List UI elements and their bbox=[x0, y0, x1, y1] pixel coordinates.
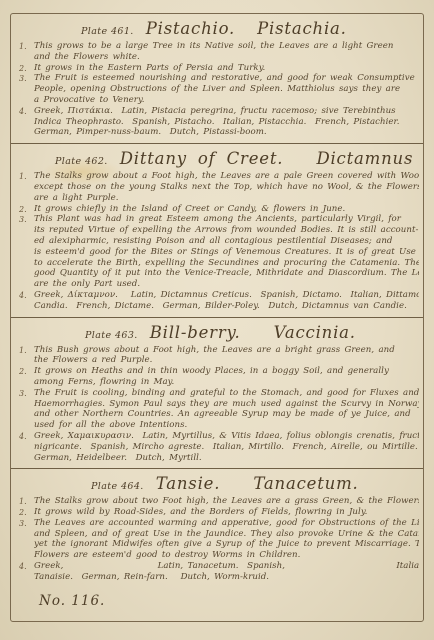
text-line: Greek, Χαμαικυρασιν. Latin, Myrtillus, &… bbox=[34, 431, 419, 442]
text-line: Indica Theophrasto. Spanish, Pistacho. I… bbox=[34, 117, 419, 128]
text-line: and the Flowers white. bbox=[34, 52, 419, 63]
plate-section-pistachio: Plate 461. Pistachio. Pistachia. 1. This… bbox=[11, 14, 423, 143]
text-line: The Fruit is esteemed nourishing and res… bbox=[34, 73, 419, 84]
item-text: The Stalks grow about two Foot high, the… bbox=[34, 496, 419, 507]
section-title: Tansie. Tanacetum. bbox=[156, 474, 359, 493]
text-line: German, Pimper-nuss-baum. Dutch, Pistass… bbox=[34, 127, 419, 138]
numbered-item: 1. This grows to be a large Tree in its … bbox=[19, 41, 419, 63]
numbered-item: 1. The Stalks grow about a Foot high, th… bbox=[19, 171, 419, 203]
text-line: Greek, Latin, Tanacetum. Spanish, Italia… bbox=[34, 561, 419, 572]
item-number: 4. bbox=[19, 290, 34, 300]
text-line: The Stalks grow about two Foot high, the… bbox=[34, 496, 419, 507]
item-text: Greek, Latin, Tanacetum. Spanish, Italia… bbox=[34, 561, 419, 583]
item-number: 2. bbox=[19, 507, 34, 517]
item-number: 1. bbox=[19, 496, 34, 506]
text-line: It grows on Heaths and in thin woody Pla… bbox=[34, 366, 419, 377]
text-line: and other Northern Countries. An agreeab… bbox=[34, 409, 419, 420]
plate-number-label: Plate 462. bbox=[55, 156, 108, 167]
section-heading: Plate 463. Bill-berry. Vaccinia. bbox=[85, 323, 419, 342]
section-heading: Plate 464. Tansie. Tanacetum. bbox=[91, 474, 419, 493]
item-number: 3. bbox=[19, 388, 34, 398]
plate-section-tansie: Plate 464. Tansie. Tanacetum. 1. The Sta… bbox=[11, 468, 423, 613]
item-number: 2. bbox=[19, 366, 34, 376]
numbered-item: 3. This Plant was had in great Esteem am… bbox=[19, 214, 419, 290]
text-line: Tanaisie. German, Rein-farn. Dutch, Worm… bbox=[34, 572, 419, 583]
plate-number-label: Plate 461. bbox=[81, 26, 134, 37]
item-text: It grows chiefly in the Island of Creet … bbox=[34, 204, 419, 215]
text-line: It grows wild by Road-Sides, and the Bor… bbox=[34, 507, 419, 518]
text-line: Greek, Πιστάκια. Latin, Pistacia peregri… bbox=[34, 106, 419, 117]
text-line: This Plant was had in great Esteem among… bbox=[34, 214, 419, 225]
numbered-item: 4. Greek, Χαμαικυρασιν. Latin, Myrtillus… bbox=[19, 431, 419, 463]
numbered-item: 1. The Stalks grow about two Foot high, … bbox=[19, 496, 419, 507]
text-line: among Ferns, flowring in May. bbox=[34, 377, 419, 388]
item-text: This grows to be a large Tree in its Nat… bbox=[34, 41, 419, 63]
text-line: German, Heidelbeer. Dutch, Myrtill. bbox=[34, 453, 419, 464]
section-heading: Plate 461. Pistachio. Pistachia. bbox=[81, 19, 419, 38]
text-line: to accelerate the Birth, expelling the S… bbox=[34, 258, 419, 269]
numbered-item: 3. The Fruit is cooling, binding and gra… bbox=[19, 388, 419, 431]
text-line: Greek, Δίκταμνον. Latin, Dictamnus Creti… bbox=[34, 290, 419, 301]
item-number: 4. bbox=[19, 431, 34, 441]
numbered-item: 3. The Fruit is esteemed nourishing and … bbox=[19, 73, 419, 105]
text-line: are the only Part used. bbox=[34, 279, 419, 290]
numbered-item: 2. It grows wild by Road-Sides, and the … bbox=[19, 507, 419, 518]
item-text: Greek, Χαμαικυρασιν. Latin, Myrtillus, &… bbox=[34, 431, 419, 463]
text-line: is esteem'd good for the Bites or Stings… bbox=[34, 247, 419, 258]
item-text: The Stalks grow about a Foot high, the L… bbox=[34, 171, 419, 203]
text-line: It grows chiefly in the Island of Creet … bbox=[34, 204, 419, 215]
item-text: It grows wild by Road-Sides, and the Bor… bbox=[34, 507, 419, 518]
numbered-item: 4. Greek, Latin, Tanacetum. Spanish, Ita… bbox=[19, 561, 419, 583]
text-line: and Spleen, and of great Use in the Jaun… bbox=[34, 529, 419, 540]
item-number: 4. bbox=[19, 561, 34, 571]
text-line: yet the ignorant Midwifes often give a S… bbox=[34, 539, 419, 550]
numbered-item: 4. Greek, Πιστάκια. Latin, Pistacia pere… bbox=[19, 106, 419, 138]
text-line: Haemorrhagies. Symon Paul says they are … bbox=[34, 399, 419, 410]
numbered-item: 4. Greek, Δίκταμνον. Latin, Dictamnus Cr… bbox=[19, 290, 419, 312]
item-text: This Bush grows about a Foot high, the L… bbox=[34, 345, 419, 367]
item-number: 3. bbox=[19, 73, 34, 83]
text-line: It grows in the Eastern Parts of Persia … bbox=[34, 63, 419, 74]
text-line: The Fruit is cooling, binding and gratef… bbox=[34, 388, 419, 399]
item-text: It grows on Heaths and in thin woody Pla… bbox=[34, 366, 419, 388]
plate-number-label: Plate 463. bbox=[85, 330, 138, 341]
text-line: good Quantity of it put into the Venice-… bbox=[34, 268, 419, 279]
numbered-item: 1. This Bush grows about a Foot high, th… bbox=[19, 345, 419, 367]
numbered-item: 3. The Leaves are accounted warming and … bbox=[19, 518, 419, 561]
text-line: This grows to be a large Tree in its Nat… bbox=[34, 41, 419, 52]
item-number: 3. bbox=[19, 518, 34, 528]
text-line: The Leaves are accounted warming and app… bbox=[34, 518, 419, 529]
item-text: The Fruit is esteemed nourishing and res… bbox=[34, 73, 419, 105]
item-number: 1. bbox=[19, 41, 34, 51]
text-line: Candia. French, Dictame. German, Bilder-… bbox=[34, 301, 419, 312]
text-line: This Bush grows about a Foot high, the L… bbox=[34, 345, 419, 356]
text-line: are a light Purple. bbox=[34, 193, 419, 204]
text-line: The Stalks grow about a Foot high, the L… bbox=[34, 171, 419, 182]
item-number: 3. bbox=[19, 214, 34, 224]
text-line: Flowers are esteem'd good to destroy Wor… bbox=[34, 550, 419, 561]
plate-number-label: Plate 464. bbox=[91, 481, 144, 492]
numbered-item: 2. It grows chiefly in the Island of Cre… bbox=[19, 204, 419, 215]
text-line: People, opening Obstructions of the Live… bbox=[34, 84, 419, 95]
item-number: 4. bbox=[19, 106, 34, 116]
item-text: Greek, Δίκταμνον. Latin, Dictamnus Creti… bbox=[34, 290, 419, 312]
section-title: Bill-berry. Vaccinia. bbox=[150, 323, 356, 342]
text-line: used for all the above Intentions. bbox=[34, 420, 419, 431]
text-line: nigricante. Spanish, Mircho agreste. Ita… bbox=[34, 442, 419, 453]
numbered-item: 2. It grows in the Eastern Parts of Pers… bbox=[19, 63, 419, 74]
text-line: its reputed Virtue of expelling the Arro… bbox=[34, 225, 419, 236]
item-number: 2. bbox=[19, 63, 34, 73]
section-title: Pistachio. Pistachia. bbox=[146, 19, 347, 38]
plate-section-dittany: Plate 462. Dittany of Creet. Dictamnus C… bbox=[11, 143, 423, 316]
item-text: It grows in the Eastern Parts of Persia … bbox=[34, 63, 419, 74]
item-text: The Leaves are accounted warming and app… bbox=[34, 518, 419, 561]
item-number: 1. bbox=[19, 345, 34, 355]
item-text: This Plant was had in great Esteem among… bbox=[34, 214, 419, 290]
text-line: the Flowers a red Purple. bbox=[34, 355, 419, 366]
issue-number: No. 116. bbox=[39, 593, 419, 609]
section-heading: Plate 462. Dittany of Creet. Dictamnus C… bbox=[55, 149, 419, 168]
text-line: a Provocative to Venery. bbox=[34, 95, 419, 106]
section-title: Dittany of Creet. Dictamnus Creticus. bbox=[120, 149, 424, 168]
text-line: except those on the young Stalks next th… bbox=[34, 182, 419, 193]
item-number: 1. bbox=[19, 171, 34, 181]
item-number: 2. bbox=[19, 204, 34, 214]
item-text: Greek, Πιστάκια. Latin, Pistacia peregri… bbox=[34, 106, 419, 138]
page-frame: Plate 461. Pistachio. Pistachia. 1. This… bbox=[10, 13, 424, 622]
item-text: The Fruit is cooling, binding and gratef… bbox=[34, 388, 419, 431]
numbered-item: 2. It grows on Heaths and in thin woody … bbox=[19, 366, 419, 388]
plate-section-billberry: Plate 463. Bill-berry. Vaccinia. 1. This… bbox=[11, 317, 423, 469]
text-line: ed alexipharmic, resisting Poison and al… bbox=[34, 236, 419, 247]
